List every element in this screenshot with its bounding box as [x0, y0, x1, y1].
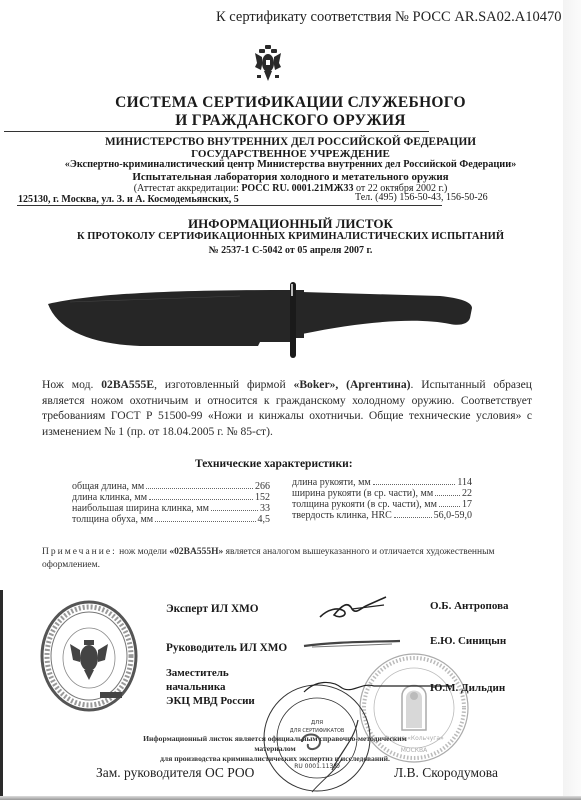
leader-dots [435, 495, 460, 496]
manufacturer: «Boker», (Аргентина) [294, 378, 411, 391]
description-text: Нож мод. [42, 378, 101, 391]
role-line: ЭКЦ МВД России [166, 694, 255, 708]
signature-name-head: Е.Ю. Синицын [430, 635, 506, 647]
spec-label: ширина рукояти (в ср. части), мм [292, 488, 433, 499]
accreditation-number: РОСС RU. 0001.21МЖ33 [241, 183, 353, 194]
coat-of-arms-icon [254, 43, 282, 83]
tech-specs-title: Технические характеристики: [195, 458, 353, 470]
footer-note: Информационный листок является официальн… [125, 734, 425, 764]
spec-value: 33 [260, 503, 270, 514]
signature-role-head: Руководитель ИЛ ХМО [166, 642, 287, 654]
note-label: Примечание: [42, 547, 117, 557]
spec-row: толщина обуха, мм4,5 [72, 514, 270, 525]
specs-left-list: общая длина, мм266длина клинка, мм152наи… [72, 481, 270, 525]
system-title-line1: СИСТЕМА СЕРТИФИКАЦИИ СЛУЖЕБНОГО [0, 94, 581, 112]
document-page: К сертификату соответствия № РОСС AR.SA0… [0, 0, 581, 800]
specs-right-list: длина рукояти, мм114ширина рукояти (в ср… [292, 477, 472, 521]
spec-value: 17 [462, 499, 472, 510]
leader-dots [373, 484, 456, 485]
role-line: Заместитель [166, 666, 255, 680]
signature-role-expert: Эксперт ИЛ ХМО [166, 603, 259, 615]
spec-value: 22 [462, 488, 472, 499]
spec-label: длина клинка, мм [72, 492, 147, 503]
address: 125130, г. Москва, ул. З. и А. Космодемь… [18, 194, 239, 205]
signature-name-deputy-chief: Ю.М. Дильдин [430, 682, 505, 694]
spec-value: 56,0-59,0 [434, 510, 472, 521]
spec-label: длина рукояти, мм [292, 477, 371, 488]
institution-name: «Экспертно-криминалистический центр Мини… [0, 159, 581, 170]
protocol-number: № 2537-1 С-5042 от 05 апреля 2007 г. [0, 245, 581, 256]
accreditation-prefix: (Аттестат аккредитации: [134, 183, 242, 194]
model-number: 02BA555E [101, 378, 154, 391]
spec-label: толщина рукояти (в ср. части), мм [292, 499, 437, 510]
spec-value: 266 [255, 481, 270, 492]
laboratory-name: Испытательная лаборатория холодного и ме… [0, 171, 581, 183]
accreditation: (Аттестат аккредитации: РОСС RU. 0001.21… [0, 183, 581, 194]
ministry-name: МИНИСТЕРСТВО ВНУТРЕННИХ ДЕЛ РОССИЙСКОЙ Ф… [0, 136, 581, 148]
signature-name-expert: О.Б. Антропова [430, 600, 509, 612]
spec-row: длина клинка, мм152 [72, 492, 270, 503]
spec-row: общая длина, мм266 [72, 481, 270, 492]
leader-dots [394, 517, 432, 518]
role-line: начальника [166, 680, 255, 694]
description-text: , изготовленный фирмой [154, 378, 293, 391]
info-sheet-title: ИНФОРМАЦИОННЫЙ ЛИСТОК [0, 216, 581, 232]
leader-dots [439, 506, 460, 507]
official-seal-stamp [40, 600, 138, 712]
note-text: нож модели [117, 547, 170, 557]
phone: Тел. (495) 156-50-43, 156-50-26 [355, 192, 488, 203]
spec-row: толщина рукояти (в ср. части), мм17 [292, 499, 472, 510]
system-title-line2: И ГРАЖДАНСКОГО ОРУЖИЯ [0, 112, 581, 130]
leader-dots [155, 521, 255, 522]
svg-text:ДЛЯ: ДЛЯ [311, 720, 323, 726]
spec-value: 114 [457, 477, 472, 488]
note: Примечание: нож модели «02BA555H» являет… [42, 546, 512, 572]
spec-label: наибольшая ширина клинка, мм [72, 503, 209, 514]
signature-role-deputy-chief: Заместитель начальника ЭКЦ МВД России [166, 666, 255, 708]
description-paragraph: Нож мод. 02BA555E, изготовленный фирмой … [42, 377, 532, 439]
leader-dots [211, 510, 258, 511]
footer-note-line: для производства криминалистических эксп… [125, 754, 425, 764]
spec-label: толщина обуха, мм [72, 514, 153, 525]
spec-value: 152 [255, 492, 270, 503]
scan-bottom-edge [0, 796, 581, 800]
deputy-name: Л.В. Скородумова [394, 765, 498, 781]
leader-dots [146, 488, 253, 489]
divider [17, 205, 442, 206]
divider [4, 131, 429, 132]
spec-row: твердость клинка, HRC56,0-59,0 [292, 510, 472, 521]
scan-left-edge [0, 590, 3, 800]
knife-image [40, 282, 480, 358]
spec-value: 4,5 [258, 514, 271, 525]
deputy-role: Зам. руководителя ОС РОО [96, 765, 254, 781]
spec-row: ширина рукояти (в ср. части), мм22 [292, 488, 472, 499]
certificate-reference: К сертификату соответствия № РОСС AR.SA0… [216, 9, 562, 26]
spec-row: длина рукояти, мм114 [292, 477, 472, 488]
leader-dots [149, 499, 253, 500]
spec-label: общая длина, мм [72, 481, 144, 492]
footer-note-line: Информационный листок является официальн… [125, 734, 425, 754]
signature-head [302, 638, 402, 650]
note-model: «02BA555H» [169, 547, 223, 557]
info-sheet-subtitle: К ПРОТОКОЛУ СЕРТИФИКАЦИОННЫХ КРИМИНАЛИСТ… [0, 231, 581, 242]
spec-row: наибольшая ширина клинка, мм33 [72, 503, 270, 514]
signature-expert [318, 595, 388, 621]
spec-label: твердость клинка, HRC [292, 510, 392, 521]
